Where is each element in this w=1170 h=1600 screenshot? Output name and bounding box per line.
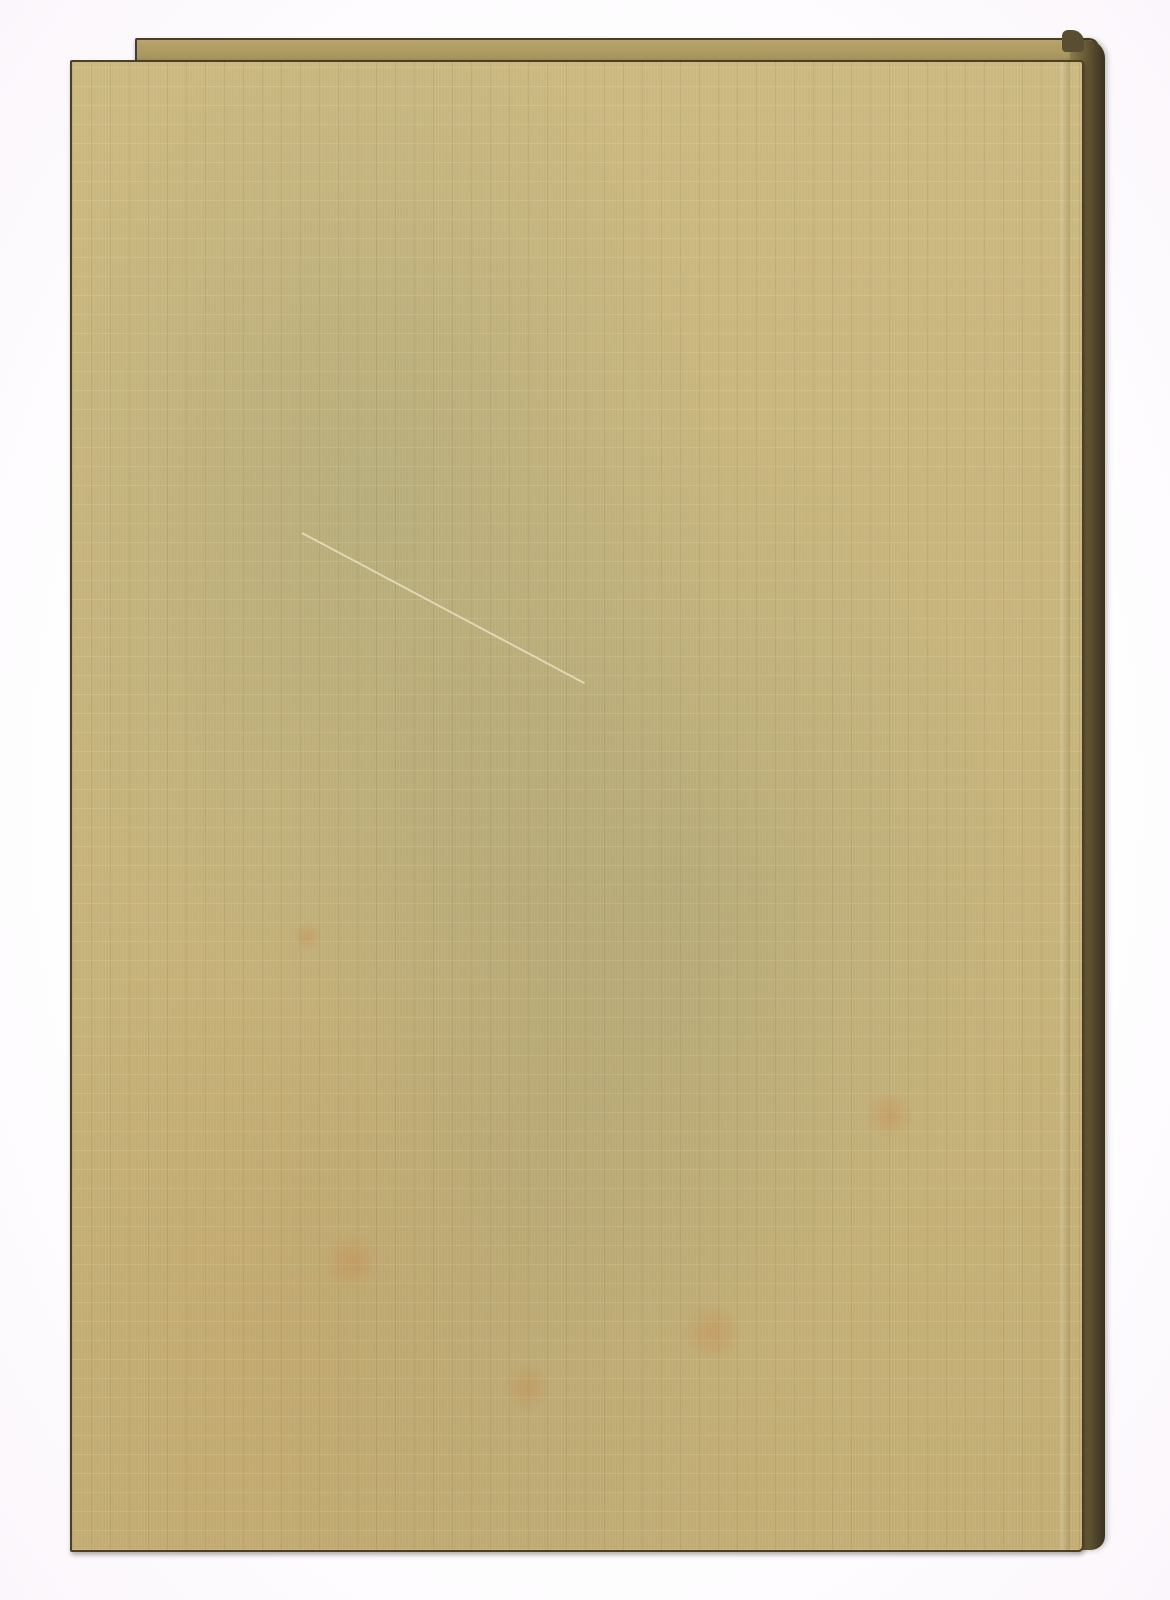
stain-spot bbox=[292, 922, 322, 952]
cover-hinge-edge bbox=[1060, 62, 1070, 1550]
stain-spot bbox=[322, 1232, 382, 1292]
photo-scene bbox=[0, 0, 1170, 1600]
cover-crease bbox=[302, 532, 585, 684]
stain-spot bbox=[502, 1362, 552, 1412]
book-cover bbox=[70, 60, 1084, 1552]
stain-spot bbox=[862, 1092, 917, 1137]
stain-spot bbox=[682, 1302, 742, 1362]
spine-headcap bbox=[1062, 30, 1084, 52]
